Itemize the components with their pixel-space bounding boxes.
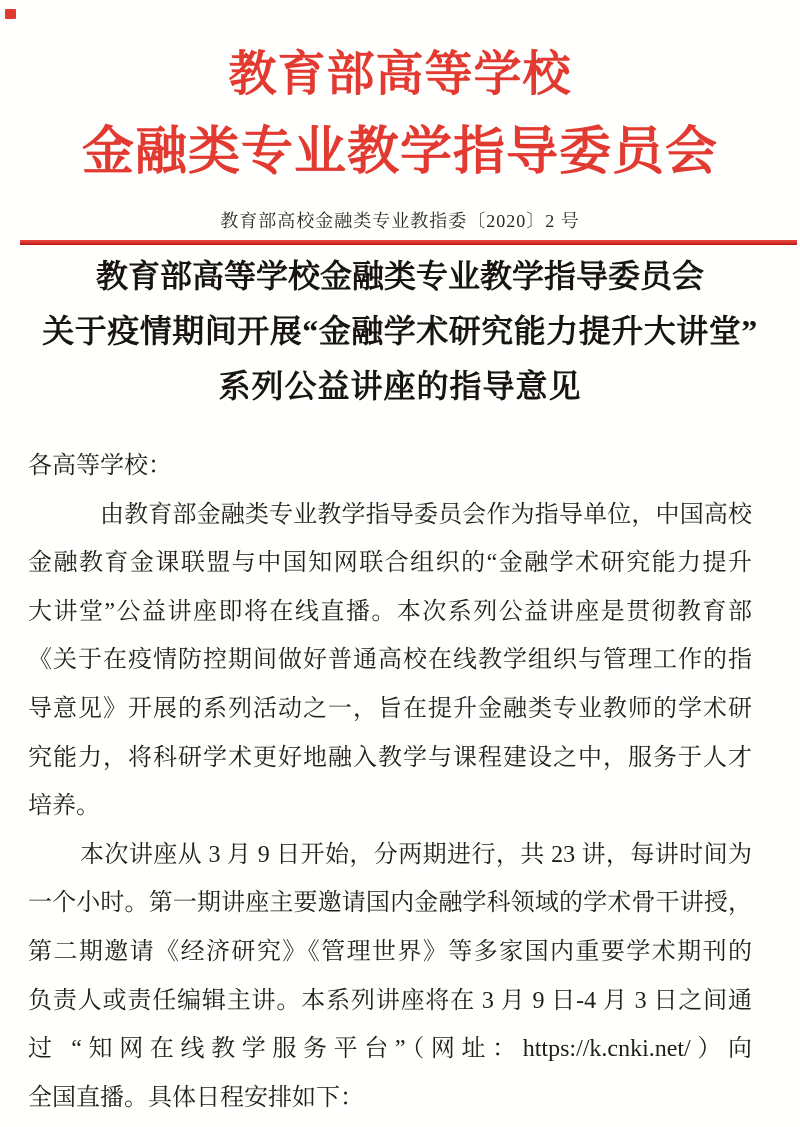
org-title-line-1: 教育部高等学校 xyxy=(0,44,800,106)
scanned-official-document-page: 教育部高等学校 金融类专业教学指导委员会 教育部高校金融类专业教指委〔2020〕… xyxy=(0,0,800,1127)
body-line: 金融教育金课联盟与中国知网联合组织的“金融学术研究能力提升 xyxy=(28,539,752,588)
body-line: 本次讲座从 3 月 9 日开始，分两期进行，共 23 讲，每讲时间为 xyxy=(28,831,752,880)
body-line: 第二期邀请《经济研究》《管理世界》等多家国内重要学术期刊的 xyxy=(28,928,752,977)
body-line: 究能力，将科研学术更好地融入教学与课程建设之中，服务于人才 xyxy=(28,734,752,783)
body-line: 过 “知网在线教学服务平台”（网址：https://k.cnki.net/）向 xyxy=(28,1025,752,1074)
body-line: 全国直播。具体日程安排如下： xyxy=(28,1074,752,1123)
document-title-line-1: 教育部高等学校金融类专业教学指导委员会 xyxy=(0,256,800,296)
scan-red-mark-icon xyxy=(5,9,16,19)
body-line: 《关于在疫情防控期间做好普通高校在线教学组织与管理工作的指 xyxy=(28,636,752,685)
body-line: 负责人或责任编辑主讲。本系列讲座将在 3 月 9 日-4 月 3 日之间通 xyxy=(28,977,752,1026)
document-number: 教育部高校金融类专业教指委〔2020〕2 号 xyxy=(0,208,800,234)
body-line: 导意见》开展的系列活动之一，旨在提升金融类专业教师的学术研 xyxy=(28,685,752,734)
body-line: 由教育部金融类专业教学指导委员会作为指导单位，中国高校 xyxy=(28,491,752,540)
org-title-line-2: 金融类专业教学指导委员会 xyxy=(0,120,800,186)
document-body: 各高等学校： 由教育部金融类专业教学指导委员会作为指导单位，中国高校 金融教育金… xyxy=(28,442,752,1122)
body-line: 大讲堂”公益讲座即将在线直播。本次系列公益讲座是贯彻教育部 xyxy=(28,588,752,637)
salutation-line: 各高等学校： xyxy=(28,442,752,491)
red-separator-rule xyxy=(20,240,797,245)
body-line: 培养。 xyxy=(28,782,752,831)
document-title-line-3: 系列公益讲座的指导意见 xyxy=(0,366,800,406)
document-title-line-2: 关于疫情期间开展“金融学术研究能力提升大讲堂” xyxy=(0,311,800,351)
body-line: 一个小时。第一期讲座主要邀请国内金融学科领域的学术骨干讲授， xyxy=(28,879,752,928)
